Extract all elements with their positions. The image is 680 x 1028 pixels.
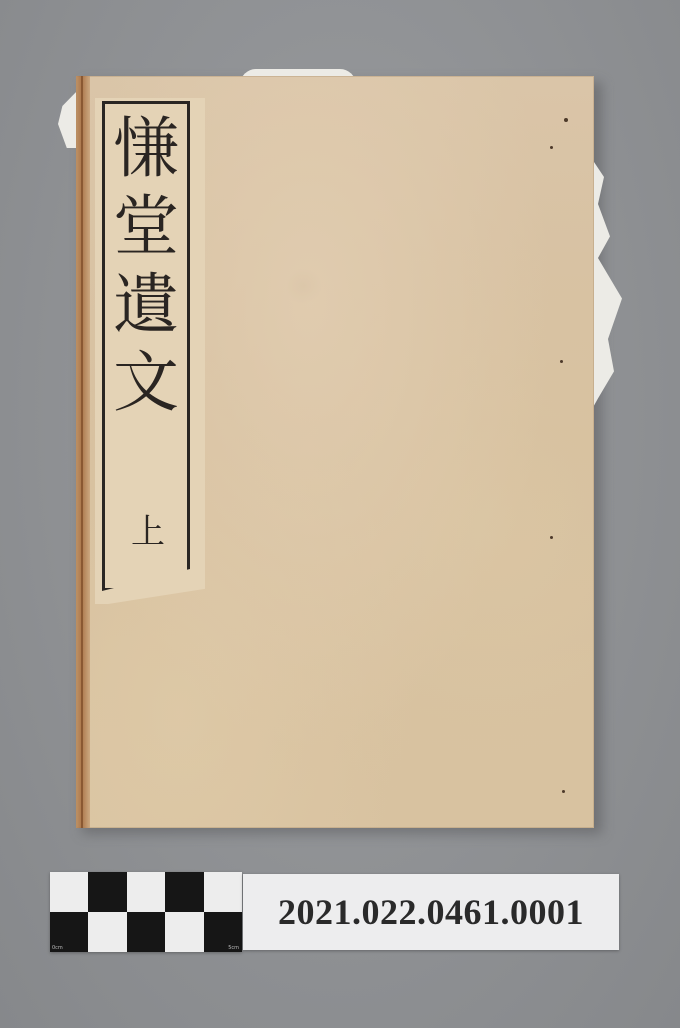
scale-cell (165, 912, 203, 952)
scale-cell (165, 872, 203, 912)
volume-mark: 上 (118, 504, 178, 553)
scale-cell (204, 872, 242, 912)
foxing-spot (550, 536, 553, 539)
spine-binding-line (81, 76, 83, 828)
foxing-spot (564, 118, 568, 122)
foxing-spot (550, 146, 553, 149)
scale-label-end: 5cm (228, 945, 239, 951)
title-char: 遺 (113, 266, 179, 344)
scale-cell (88, 912, 126, 952)
foxing-spot (562, 790, 565, 793)
accession-label: 2021.022.0461.0001 (243, 874, 619, 950)
artifact-photo: 慊 堂 遺 文 上 0cm 5cm 2021.022.0461.0001 (0, 0, 680, 1028)
book-cover: 慊 堂 遺 文 上 (76, 76, 594, 828)
scale-cell (127, 912, 165, 952)
scale-cell (88, 872, 126, 912)
title-char: 慊 (113, 110, 179, 188)
scale-cell (50, 872, 88, 912)
scale-cell (127, 872, 165, 912)
book-title: 慊 堂 遺 文 (104, 110, 188, 422)
foxing-spot (560, 360, 563, 363)
scale-bar: 0cm 5cm (50, 872, 242, 952)
accession-number: 2021.022.0461.0001 (278, 891, 584, 933)
scale-label-start: 0cm (52, 945, 63, 951)
title-char: 堂 (113, 188, 179, 266)
book-spine (76, 76, 90, 828)
title-char: 文 (113, 344, 179, 422)
